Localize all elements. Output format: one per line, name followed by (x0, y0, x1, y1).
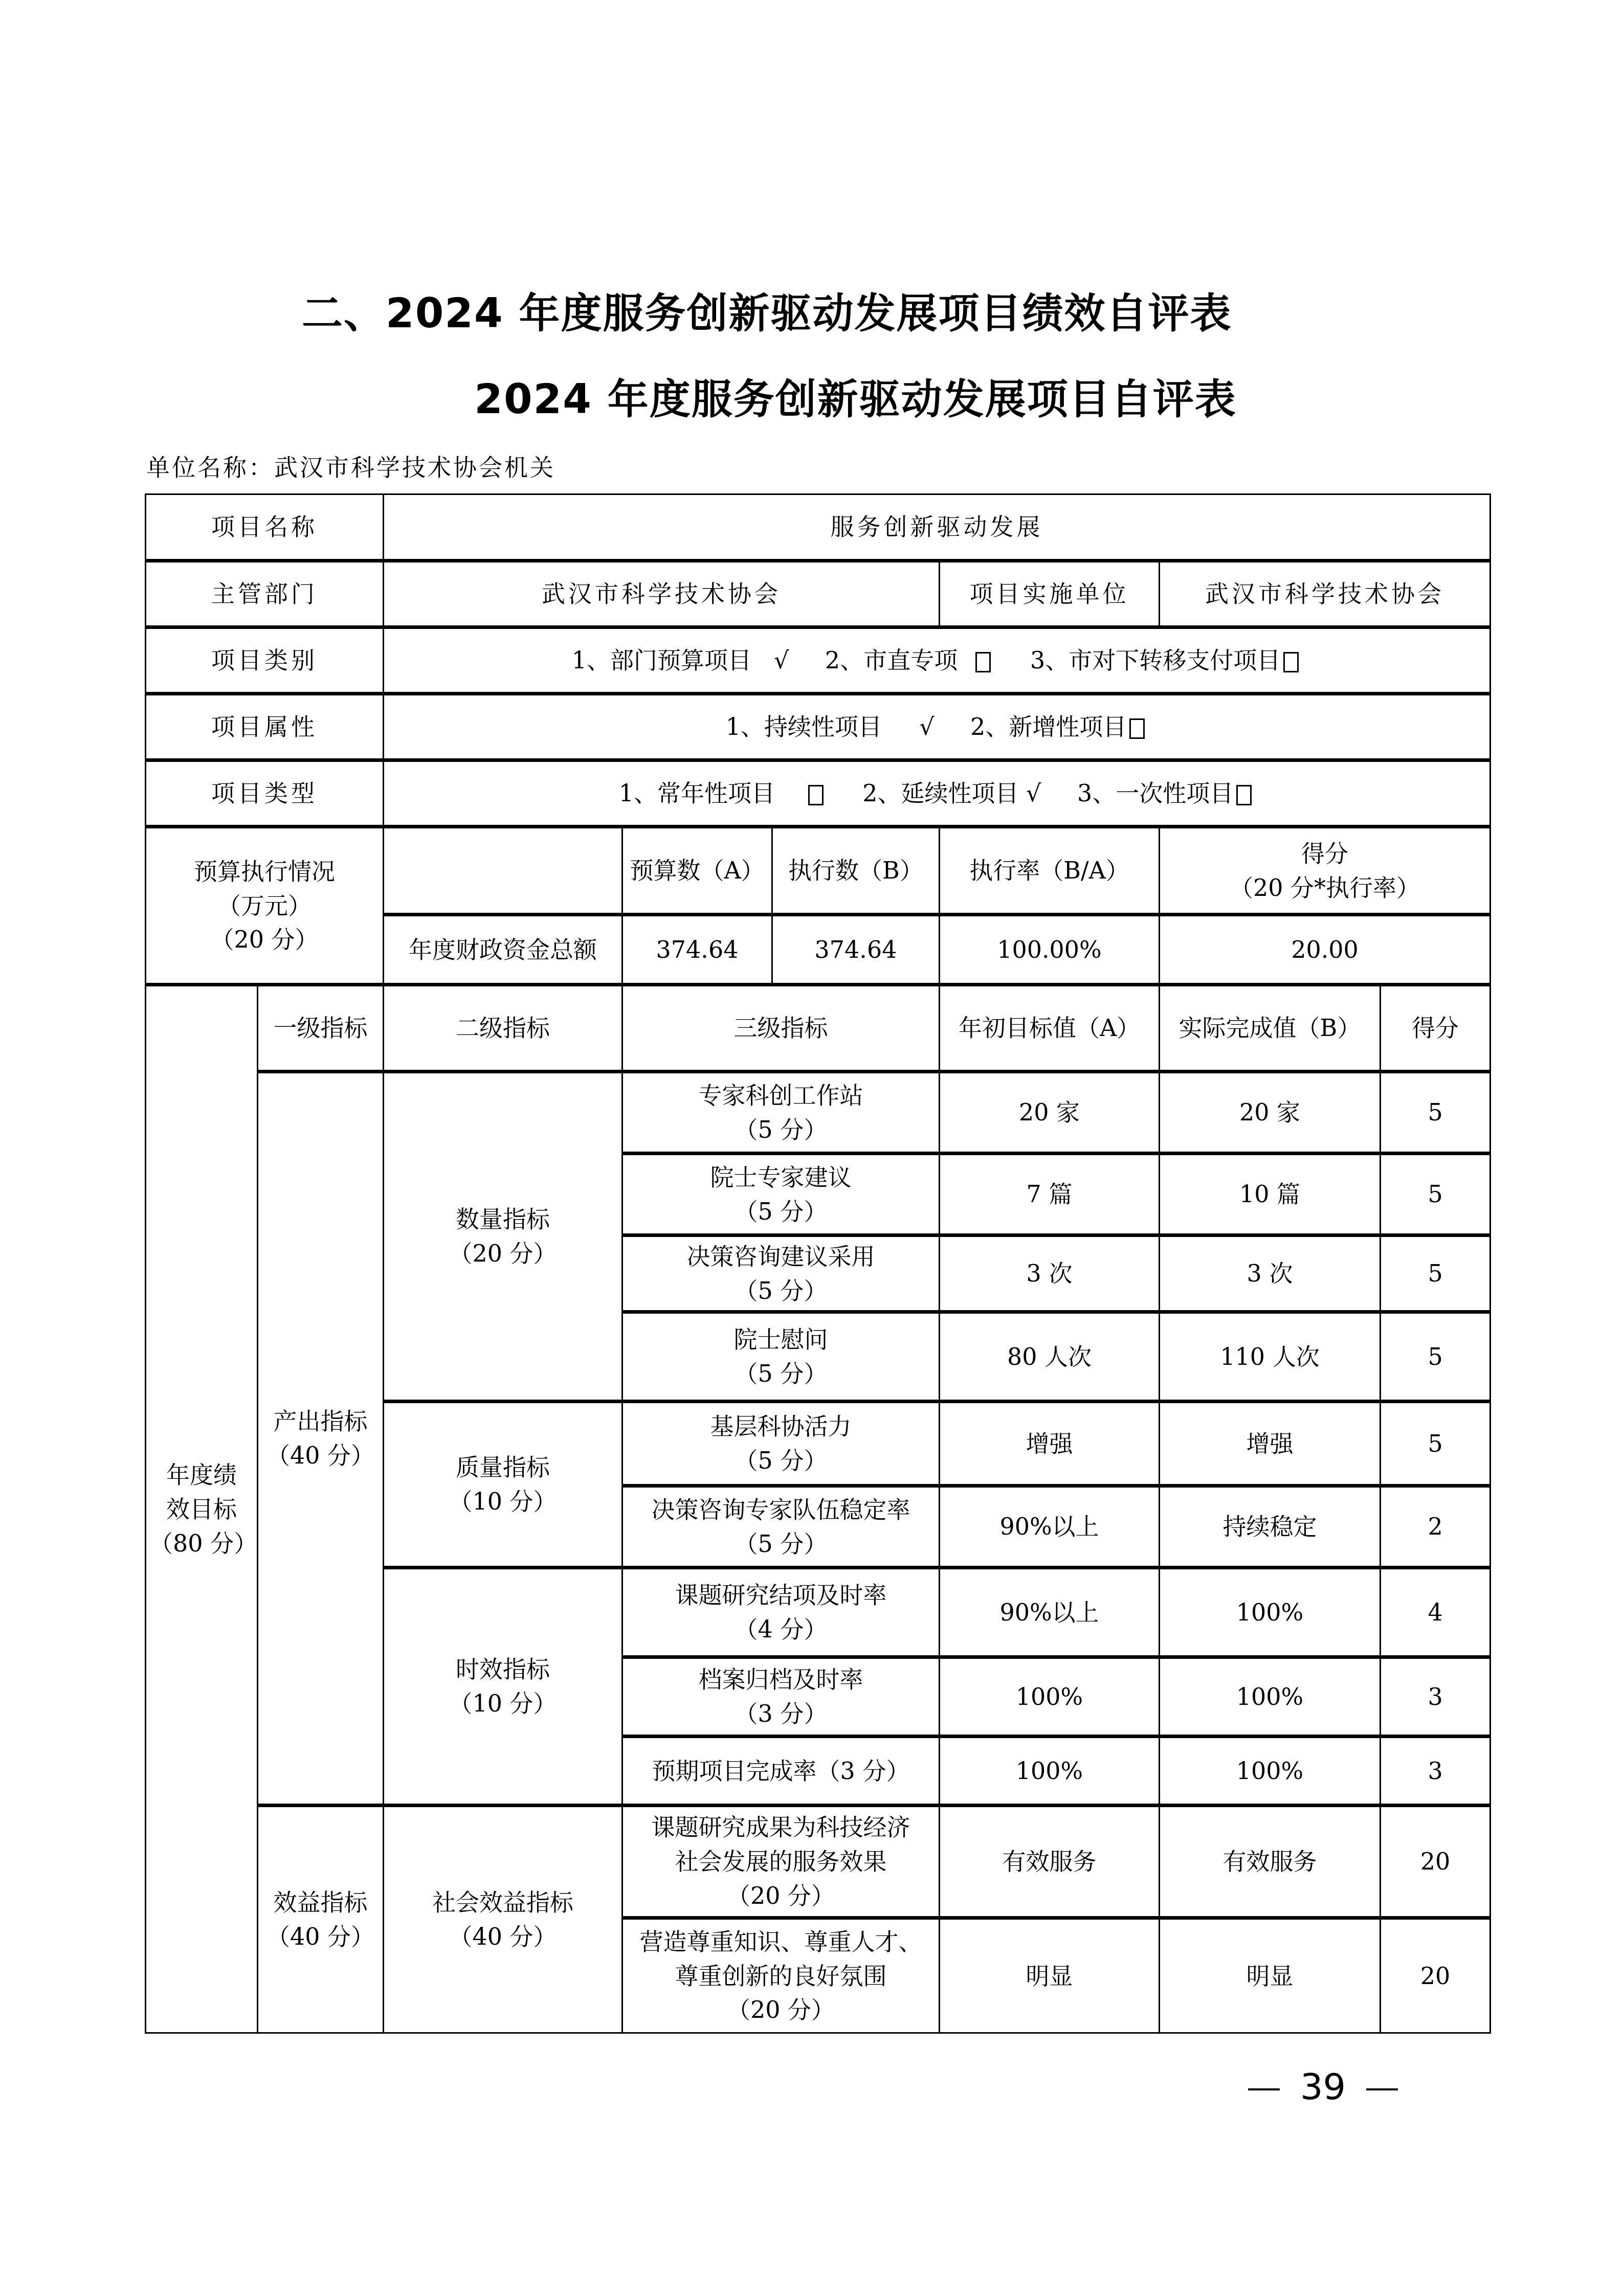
checkbox-empty-icon (1283, 652, 1299, 672)
indicator-score: 5 (1381, 1154, 1490, 1235)
indicator-name-text: 院士慰问 (626, 1322, 936, 1357)
indicator-name-text: 基层科协活力 (626, 1409, 936, 1444)
indicator-target: 100% (940, 1737, 1160, 1806)
indicator-score: 5 (1381, 1072, 1490, 1154)
check-mark-icon: √ (774, 646, 789, 674)
row-project-name: 项目名称 服务创新驱动发展 (146, 494, 1490, 561)
page-number-text: 39 (1300, 2066, 1346, 2108)
option-label: 1、持续性项目 (726, 713, 882, 740)
dash-left-icon (1248, 2088, 1280, 2090)
indicator-name: 营造尊重知识、尊重人才、 尊重创新的良好氛围 （20 分） (622, 1918, 940, 2033)
exec-b-value: 374.64 (773, 916, 939, 983)
attribute-label: 项目属性 (146, 694, 384, 760)
row-type: 项目类型 1、常年性项目 2、延续性项目 √ 3、一次性项目 (146, 760, 1490, 827)
check-mark-icon: √ (919, 713, 934, 740)
target-header: 年初目标值（A） (940, 985, 1160, 1072)
option-label: 1、常年性项目 (619, 779, 775, 807)
indicator-name-text: 决策咨询专家队伍稳定率 (626, 1493, 936, 1527)
indicator-score: 5 (1381, 1312, 1490, 1402)
level2-header: 二级指标 (384, 985, 622, 1072)
rate-value: 100.00% (940, 915, 1160, 985)
indicator-name: 决策咨询建议采用（5 分） (622, 1235, 940, 1312)
annual-goal-label: 年度绩 效目标 （80 分） (146, 985, 258, 2033)
option-label: 3、一次性项目 (1077, 779, 1233, 807)
score-header-line2: （20 分*执行率） (1163, 871, 1486, 905)
indicator-name: 课题研究成果为科技经济 社会发展的服务效果 （20 分） (622, 1806, 940, 1918)
indicator-points: （3 分） (626, 1697, 936, 1731)
indicator-score: 20 (1381, 1806, 1490, 1918)
indicator-points: （5 分） (626, 1527, 936, 1561)
budget-a-header: 预算数（A） 执行数（B） (622, 827, 940, 915)
row-department: 主管部门 武汉市科学技术协会 项目实施单位 武汉市科学技术协会 (146, 561, 1490, 627)
budget-label: 预算执行情况 （万元） （20 分） (146, 827, 384, 985)
indicator-actual: 100% (1160, 1737, 1381, 1806)
indicator-points: （4 分） (626, 1612, 936, 1647)
indicator-name: 基层科协活力（5 分） (622, 1402, 940, 1486)
indicator-score: 5 (1381, 1402, 1490, 1486)
budget-label-line2: （万元） (149, 889, 380, 923)
row-category: 项目类别 1、部门预算项目 √ 2、市直专项 3、市对下转移支付项目 (146, 627, 1490, 694)
indicator-name-text: 专家科创工作站 (626, 1078, 936, 1113)
option-label: 1、部门预算项目 (572, 646, 751, 674)
score-header-line1: 得分 (1163, 837, 1486, 871)
attribute-options: 1、持续性项目 √ 2、新增性项目 (384, 694, 1490, 760)
budget-a-header-text: 预算数（A） (623, 828, 773, 913)
self-evaluation-table: 项目名称 服务创新驱动发展 主管部门 武汉市科学技术协会 项目实施单位 武汉市科… (145, 493, 1491, 2034)
social-label-line2: （40 分） (387, 1920, 618, 1954)
dash-right-icon (1366, 2088, 1398, 2090)
checkbox-empty-icon (808, 785, 824, 805)
indicator-name-line2: 尊重创新的良好氛围 (626, 1959, 936, 1993)
quality-indicator-label: 质量指标 （10 分） (384, 1402, 622, 1568)
social-label-line1: 社会效益指标 (387, 1885, 618, 1920)
category-option-3[interactable]: 3、市对下转移支付项目 (1030, 646, 1302, 674)
unit-name-label: 单位名称：武汉市科学技术协会机关 (146, 449, 555, 483)
option-label: 2、延续性项目 (862, 779, 1018, 807)
attribute-option-2[interactable]: 2、新增性项目 (970, 713, 1148, 740)
budget-values-cell: 374.64 374.64 (622, 915, 940, 985)
indicator-name: 院士专家建议（5 分） (622, 1154, 940, 1235)
quality-label-line2: （10 分） (387, 1484, 618, 1519)
quality-label-line1: 质量指标 (387, 1450, 618, 1484)
section-title: 二、2024 年度服务创新驱动发展项目绩效自评表 (302, 280, 1232, 339)
indicator-target: 100% (940, 1657, 1160, 1737)
indicator-name: 课题研究结项及时率（4 分） (622, 1568, 940, 1657)
indicator-score: 4 (1381, 1568, 1490, 1657)
attribute-option-1[interactable]: 1、持续性项目 √ (726, 713, 935, 740)
indicator-actual: 持续稳定 (1160, 1486, 1381, 1568)
indicator-name: 预期项目完成率（3 分） (622, 1737, 940, 1806)
output-indicator-label: 产出指标 （40 分） (258, 1072, 384, 1806)
score-col-header: 得分 (1381, 985, 1490, 1072)
budget-row-name: 年度财政资金总额 (384, 915, 622, 985)
impl-unit-value: 武汉市科学技术协会 (1160, 561, 1490, 627)
indicator-target: 80 人次 (940, 1312, 1160, 1402)
level3-header: 三级指标 (622, 985, 940, 1072)
row-budget-header: 预算执行情况 （万元） （20 分） 预算数（A） 执行数（B） 执行率（B/A… (146, 827, 1490, 915)
indicator-score: 3 (1381, 1657, 1490, 1737)
indicator-row: 效益指标 （40 分） 社会效益指标 （40 分） 课题研究成果为科技经济 社会… (146, 1806, 1490, 1918)
indicator-name-line1: 课题研究成果为科技经济 (626, 1810, 936, 1844)
indicator-actual: 100% (1160, 1657, 1381, 1737)
indicator-target: 增强 (940, 1402, 1160, 1486)
indicator-name-text: 决策咨询建议采用 (626, 1240, 936, 1274)
indicator-name-line2: 社会发展的服务效果 (626, 1844, 936, 1879)
indicator-name: 专家科创工作站（5 分） (622, 1072, 940, 1154)
row-indicator-header: 年度绩 效目标 （80 分） 一级指标 二级指标 三级指标 年初目标值（A） 实… (146, 985, 1490, 1072)
option-label: 2、市直专项 (825, 646, 958, 674)
benefit-label-line1: 效益指标 (261, 1885, 380, 1920)
goal-label-line3: （80 分） (149, 1526, 254, 1561)
checkbox-empty-icon (1236, 785, 1252, 805)
type-option-3[interactable]: 3、一次性项目 (1077, 779, 1255, 807)
indicator-points: （5 分） (626, 1444, 936, 1478)
project-name-value: 服务创新驱动发展 (384, 494, 1490, 561)
output-label-line1: 产出指标 (261, 1404, 380, 1438)
category-option-1[interactable]: 1、部门预算项目 √ (572, 646, 789, 674)
budget-empty-cell (384, 827, 622, 915)
check-mark-icon: √ (1026, 779, 1041, 807)
indicator-actual: 20 家 (1160, 1072, 1381, 1154)
quantity-label-line1: 数量指标 (387, 1202, 618, 1236)
indicator-actual: 10 篇 (1160, 1154, 1381, 1235)
project-name-label: 项目名称 (146, 494, 384, 561)
indicator-target: 明显 (940, 1918, 1160, 2033)
timeliness-label-line1: 时效指标 (387, 1652, 618, 1686)
indicator-actual: 110 人次 (1160, 1312, 1381, 1402)
indicator-name: 院士慰问（5 分） (622, 1312, 940, 1402)
indicator-points: （5 分） (626, 1357, 936, 1391)
indicator-actual: 3 次 (1160, 1235, 1381, 1312)
impl-unit-label: 项目实施单位 (940, 561, 1160, 627)
indicator-score: 20 (1381, 1918, 1490, 2033)
quantity-indicator-label: 数量指标 （20 分） (384, 1072, 622, 1402)
exec-b-header: 执行数（B） (773, 828, 939, 913)
indicator-target: 20 家 (940, 1072, 1160, 1154)
type-label: 项目类型 (146, 760, 384, 827)
actual-header: 实际完成值（B） (1160, 985, 1381, 1072)
checkbox-empty-icon (1129, 718, 1145, 739)
row-attribute: 项目属性 1、持续性项目 √ 2、新增性项目 (146, 694, 1490, 760)
social-benefit-indicator-label: 社会效益指标 （40 分） (384, 1806, 622, 2033)
score-value: 20.00 (1160, 915, 1490, 985)
indicator-actual: 有效服务 (1160, 1806, 1381, 1918)
option-label: 3、市对下转移支付项目 (1030, 646, 1280, 674)
indicator-target: 90%以上 (940, 1568, 1160, 1657)
indicator-actual: 增强 (1160, 1402, 1381, 1486)
indicator-points: （5 分） (626, 1195, 936, 1229)
indicator-score: 3 (1381, 1737, 1490, 1806)
indicator-name: 决策咨询专家队伍稳定率（5 分） (622, 1486, 940, 1568)
indicator-target: 7 篇 (940, 1154, 1160, 1235)
benefit-label-line2: （40 分） (261, 1920, 380, 1954)
type-options: 1、常年性项目 2、延续性项目 √ 3、一次性项目 (384, 760, 1490, 827)
category-label: 项目类别 (146, 627, 384, 694)
level1-header: 一级指标 (258, 985, 384, 1072)
budget-a-value: 374.64 (623, 916, 773, 983)
indicator-name-line1: 营造尊重知识、尊重人才、 (626, 1925, 936, 1959)
indicator-name: 档案归档及时率（3 分） (622, 1657, 940, 1737)
score-header: 得分 （20 分*执行率） (1160, 827, 1490, 915)
indicator-score: 5 (1381, 1235, 1490, 1312)
indicator-actual: 明显 (1160, 1918, 1381, 2033)
indicator-points: （20 分） (626, 1993, 936, 2027)
table-title: 2024 年度服务创新驱动发展项目自评表 (0, 366, 1624, 425)
dept-value: 武汉市科学技术协会 (384, 561, 940, 627)
type-option-2[interactable]: 2、延续性项目 √ (862, 779, 1041, 807)
goal-label-line2: 效目标 (149, 1492, 254, 1526)
benefit-indicator-label: 效益指标 （40 分） (258, 1806, 384, 2033)
checkbox-empty-icon (975, 652, 991, 672)
budget-label-line1: 预算执行情况 (149, 854, 380, 889)
category-option-2[interactable]: 2、市直专项 (825, 646, 994, 674)
category-options: 1、部门预算项目 √ 2、市直专项 3、市对下转移支付项目 (384, 627, 1490, 694)
indicator-name-text: 档案归档及时率 (626, 1662, 936, 1697)
option-label: 2、新增性项目 (970, 713, 1126, 740)
rate-header: 执行率（B/A） (940, 827, 1160, 915)
type-option-1[interactable]: 1、常年性项目 (619, 779, 827, 807)
indicator-actual: 100% (1160, 1568, 1381, 1657)
output-label-line2: （40 分） (261, 1438, 380, 1473)
indicator-name-text: 院士专家建议 (626, 1160, 936, 1195)
indicator-points: （5 分） (626, 1113, 936, 1147)
page-number: 39 (1228, 2066, 1418, 2108)
indicator-points: （20 分） (626, 1879, 936, 1913)
indicator-target: 有效服务 (940, 1806, 1160, 1918)
indicator-target: 3 次 (940, 1235, 1160, 1312)
quantity-label-line2: （20 分） (387, 1236, 618, 1271)
dept-label: 主管部门 (146, 561, 384, 627)
budget-label-line3: （20 分） (149, 922, 380, 957)
goal-label-line1: 年度绩 (149, 1458, 254, 1492)
timeliness-indicator-label: 时效指标 （10 分） (384, 1568, 622, 1806)
indicator-score: 2 (1381, 1486, 1490, 1568)
indicator-points: （5 分） (626, 1274, 936, 1308)
indicator-row: 产出指标 （40 分） 数量指标 （20 分） 专家科创工作站（5 分） 20 … (146, 1072, 1490, 1154)
indicator-target: 90%以上 (940, 1486, 1160, 1568)
timeliness-label-line2: （10 分） (387, 1686, 618, 1721)
indicator-name-text: 课题研究结项及时率 (626, 1578, 936, 1612)
